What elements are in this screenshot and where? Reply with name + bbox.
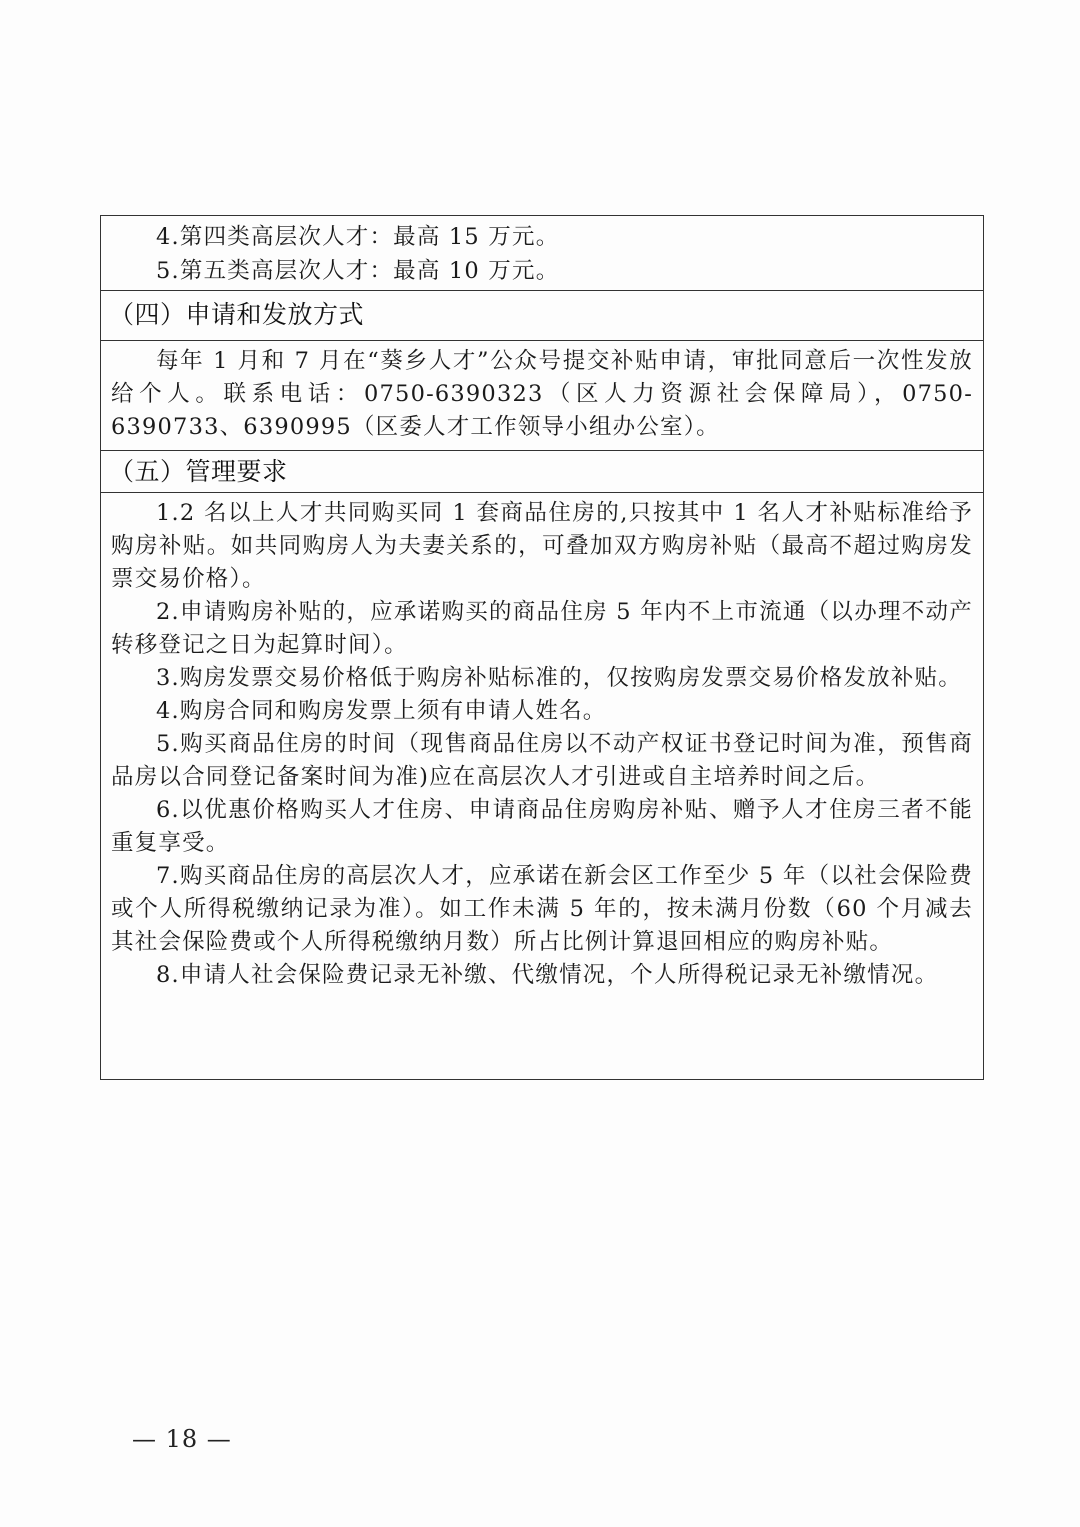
subsidy-amount-items: 4.第四类高层次人才：最高 15 万元。 5.第五类高层次人才：最高 10 万元…	[101, 216, 983, 291]
list-item: 5.购买商品住房的时间（现售商品住房以不动产权证书登记时间为准，预售商品房以合同…	[111, 728, 973, 794]
policy-table: 4.第四类高层次人才：最高 15 万元。 5.第五类高层次人才：最高 10 万元…	[100, 215, 984, 1080]
document-page: 4.第四类高层次人才：最高 15 万元。 5.第五类高层次人才：最高 10 万元…	[0, 0, 1080, 1527]
management-rules: 1.2 名以上人才共同购买同 1 套商品住房的,只按其中 1 名人才补贴标准给予…	[101, 493, 983, 1079]
list-item: 4.第四类高层次人才：最高 15 万元。	[111, 220, 973, 254]
list-item: 1.2 名以上人才共同购买同 1 套商品住房的,只按其中 1 名人才补贴标准给予…	[111, 497, 973, 596]
list-item: 3.购房发票交易价格低于购房补贴标准的，仅按购房发票交易价格发放补贴。	[111, 662, 973, 695]
list-item: 7.购买商品住房的高层次人才，应承诺在新会区工作至少 5 年（以社会保险费或个人…	[111, 860, 973, 959]
list-item: 8.申请人社会保险费记录无补缴、代缴情况，个人所得税记录无补缴情况。	[111, 959, 973, 992]
list-item: 5.第五类高层次人才：最高 10 万元。	[111, 254, 973, 288]
application-paragraph: 每年 1 月和 7 月在“葵乡人才”公众号提交补贴申请，审批同意后一次性发放给个…	[101, 341, 983, 451]
list-item: 2.申请购房补贴的，应承诺购买的商品住房 5 年内不上市流通（以办理不动产转移登…	[111, 596, 973, 662]
paragraph-text: 每年 1 月和 7 月在“葵乡人才”公众号提交补贴申请，审批同意后一次性发放给个…	[111, 345, 973, 444]
section-heading-application: （四）申请和发放方式	[101, 291, 983, 341]
list-item: 6.以优惠价格购买人才住房、申请商品住房购房补贴、赠予人才住房三者不能重复享受。	[111, 794, 973, 860]
list-item: 4.购房合同和购房发票上须有申请人姓名。	[111, 695, 973, 728]
section-heading-management: （五）管理要求	[101, 451, 983, 493]
page-number: — 18 —	[132, 1425, 232, 1453]
